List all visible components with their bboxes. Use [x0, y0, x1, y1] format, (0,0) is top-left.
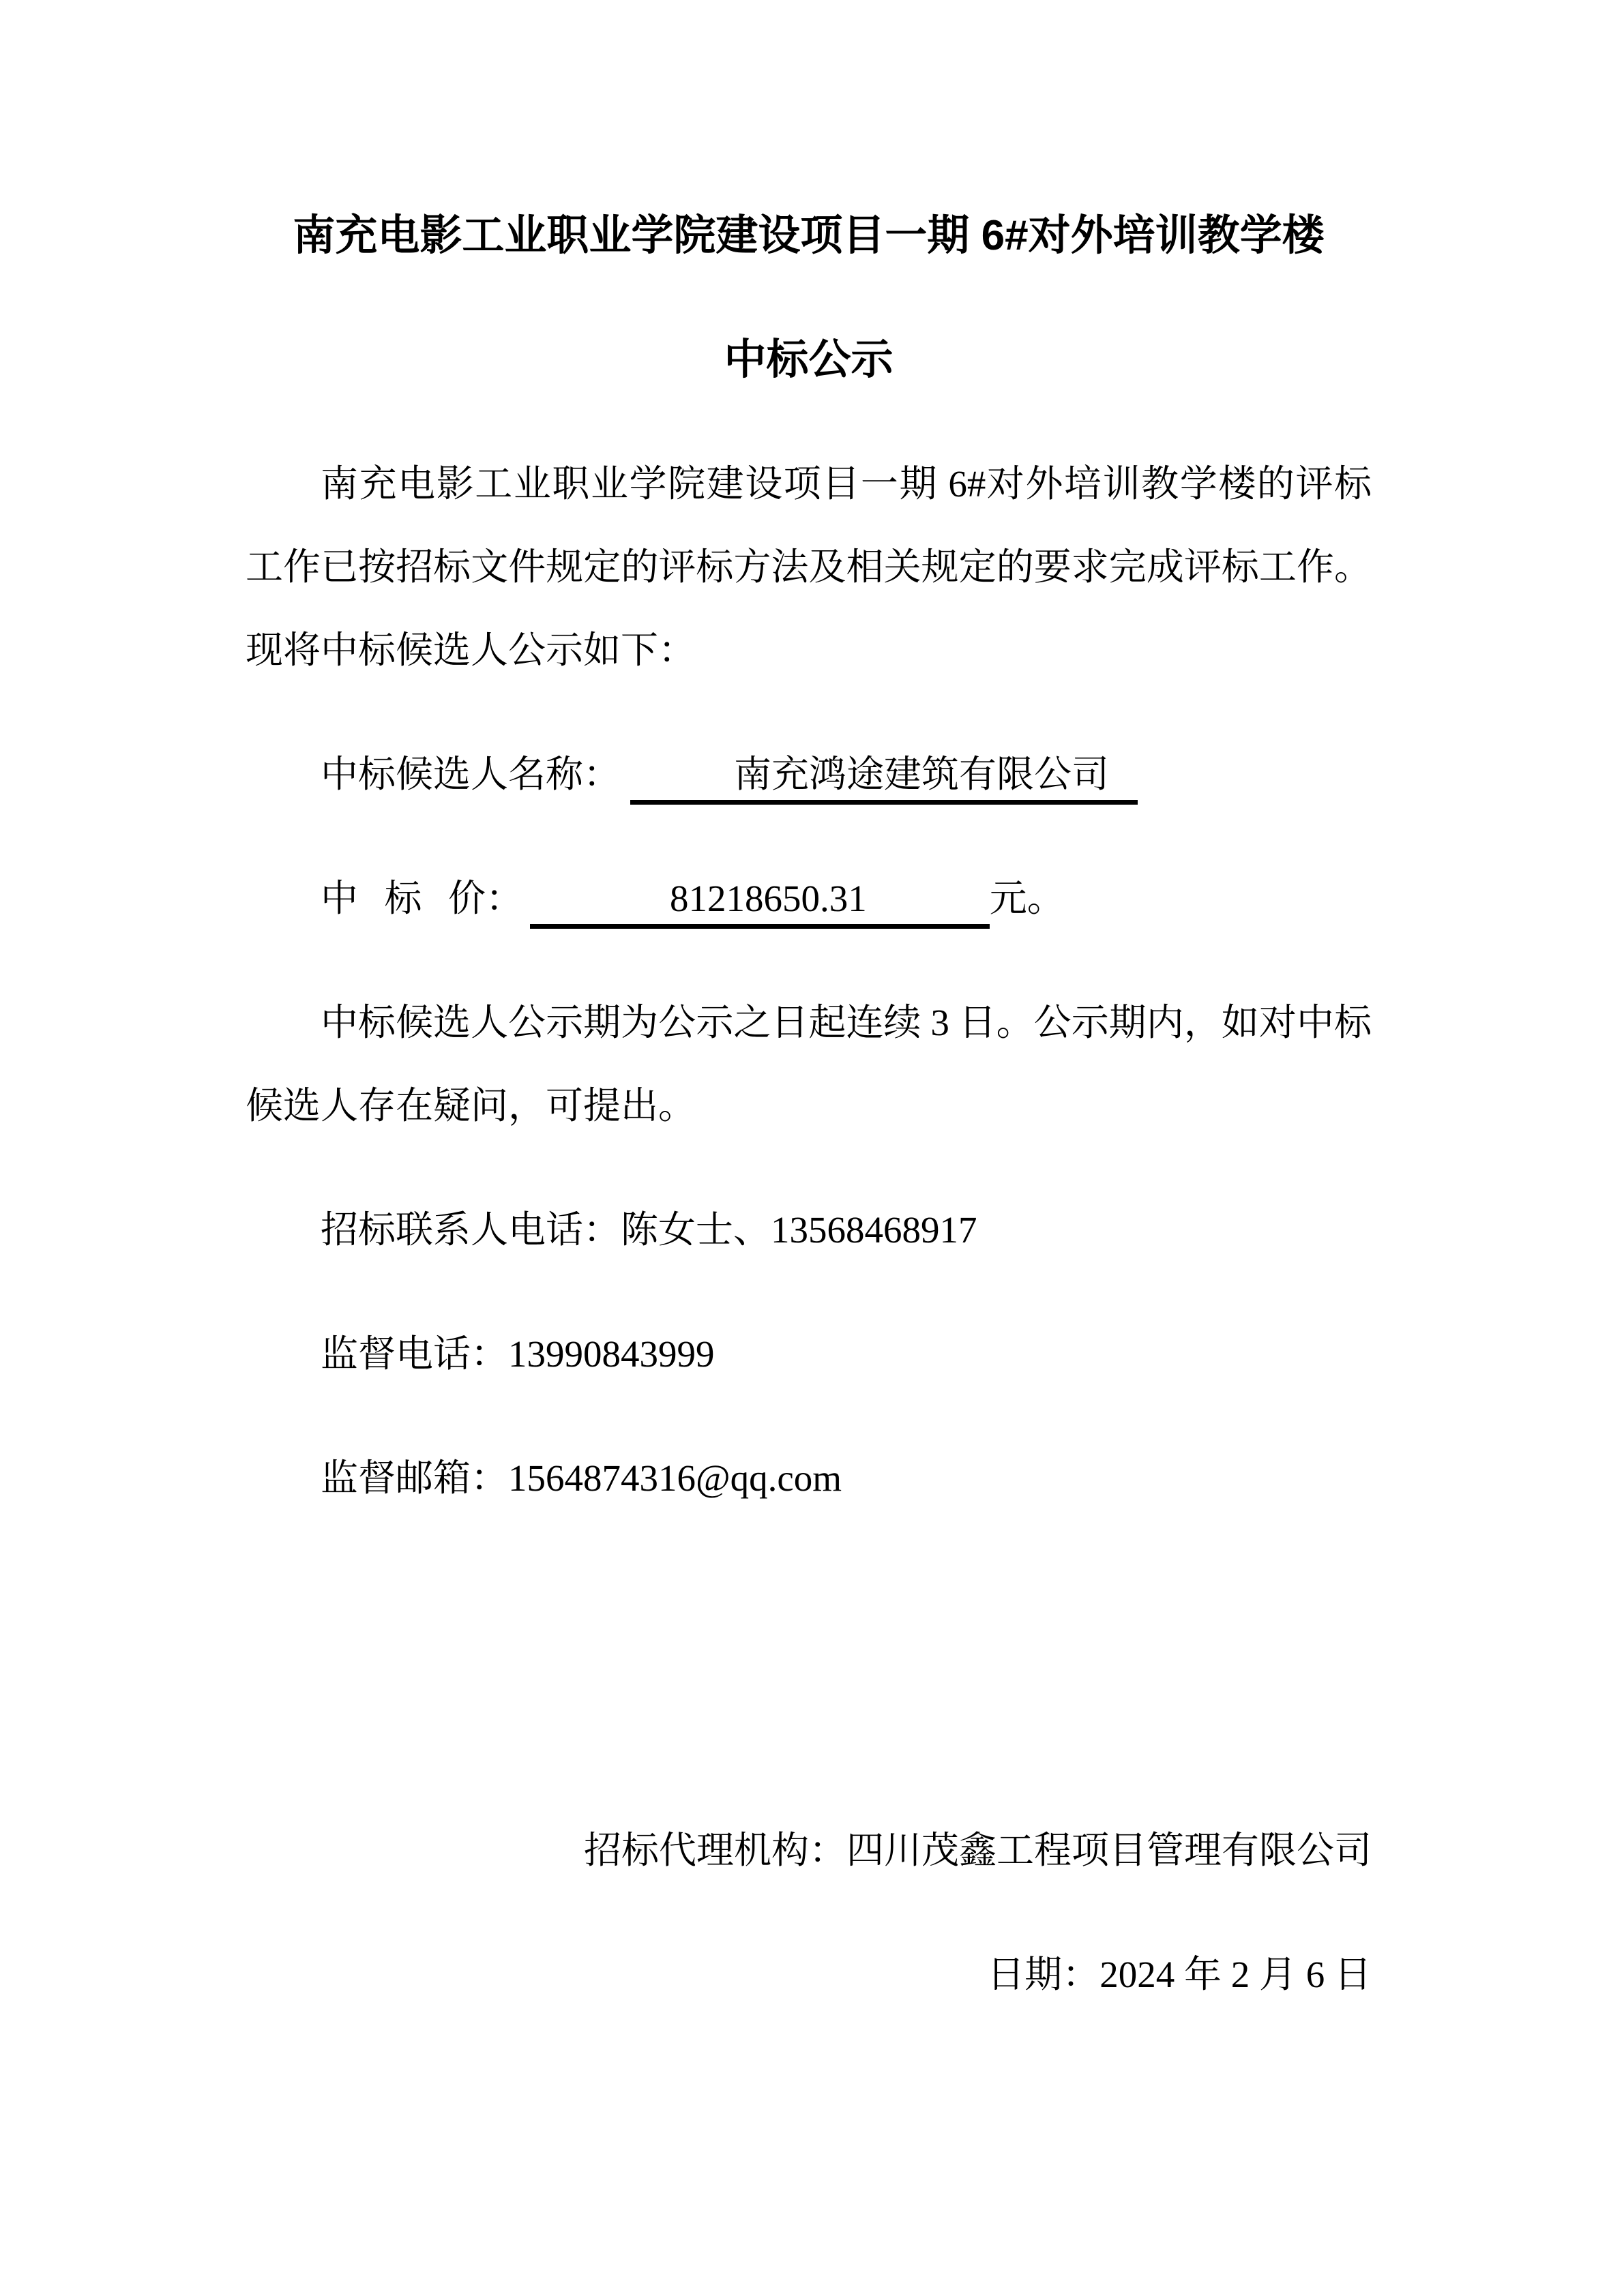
winner-line: 中标候选人名称：南充鸿途建筑有限公司 — [246, 733, 1372, 816]
price-line: 中 标 价：81218650.31元。 — [246, 857, 1372, 940]
supervise-phone-paragraph: 监督电话：13990843999 — [246, 1313, 1372, 1396]
winner-label: 中标候选人名称： — [321, 754, 621, 795]
agency-paragraph: 招标代理机构：四川茂鑫工程项目管理有限公司 — [246, 1809, 1372, 1892]
intro-line-3: 现将中标候选人公示如下： — [246, 609, 1372, 692]
supervise-phone-line: 监督电话：13990843999 — [246, 1313, 1372, 1396]
price-paragraph: 中 标 价：81218650.31元。 — [246, 857, 1372, 940]
bid-contact-paragraph: 招标联系人电话：陈女士、13568468917 — [246, 1189, 1372, 1272]
supervise-email-line: 监督邮箱：1564874316@qq.com — [246, 1437, 1372, 1520]
notice-line-2: 候选人存在疑问，可提出。 — [246, 1064, 1372, 1148]
notice-line-1: 中标候选人公示期为公示之日起连续 3 日。公示期内，如对中标 — [246, 981, 1372, 1064]
announcement-document-page: 南充电影工业职业学院建设项目一期 6#对外培训教学楼 中标公示 南充电影工业职业… — [0, 0, 1624, 2296]
intro-line-1: 南充电影工业职业学院建设项目一期 6#对外培训教学楼的评标 — [246, 443, 1372, 526]
date-paragraph: 日期：2024 年 2 月 6 日 — [246, 1933, 1372, 2016]
document-title-line-1: 南充电影工业职业学院建设项目一期 6#对外培训教学楼 — [246, 194, 1372, 278]
supervise-email-paragraph: 监督邮箱：1564874316@qq.com — [246, 1437, 1372, 1520]
price-label: 中 标 价： — [321, 878, 523, 919]
notice-paragraph: 中标候选人公示期为公示之日起连续 3 日。公示期内，如对中标 候选人存在疑问，可… — [246, 981, 1372, 1148]
date-line: 日期：2024 年 2 月 6 日 — [246, 1933, 1372, 2016]
intro-line-2: 工作已按招标文件规定的评标方法及相关规定的要求完成评标工作。 — [246, 526, 1372, 609]
winner-name-underlined-value: 南充鸿途建筑有限公司 — [630, 752, 1138, 805]
bid-contact-line: 招标联系人电话：陈女士、13568468917 — [246, 1189, 1372, 1272]
price-suffix: 元。 — [990, 878, 1065, 919]
intro-paragraph: 南充电影工业职业学院建设项目一期 6#对外培训教学楼的评标 工作已按招标文件规定… — [246, 443, 1372, 692]
agency-line: 招标代理机构：四川茂鑫工程项目管理有限公司 — [246, 1809, 1372, 1892]
blank-spacer — [246, 1561, 1372, 1809]
document-title-line-2: 中标公示 — [246, 318, 1372, 402]
winner-paragraph: 中标候选人名称：南充鸿途建筑有限公司 — [246, 733, 1372, 816]
price-underlined-value: 81218650.31 — [530, 876, 990, 929]
